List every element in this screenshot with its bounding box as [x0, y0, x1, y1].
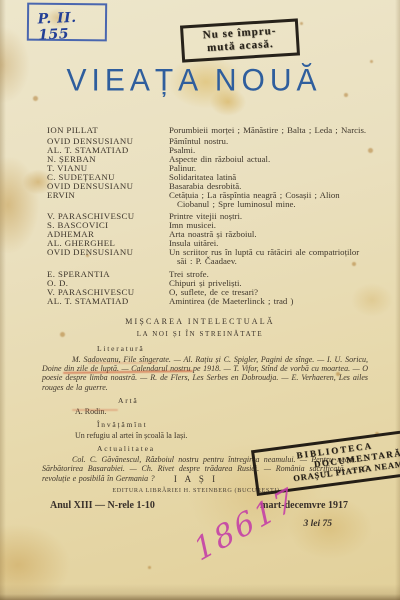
no-loan-stamp: Nu se împru- mută acasă. [180, 18, 300, 62]
paper-stain [148, 566, 151, 569]
section-heading-literatura: Literatură [97, 344, 368, 353]
section-body-invatamint: Un refugiu al artei în școală la Iași. [75, 431, 368, 440]
toc-entry: OVID DENSUSIANU Un scriitor rus în luptă… [47, 248, 367, 266]
movement-subheading: LA NOI ȘI ÎN STREINĂTATE [0, 330, 400, 338]
issue-number: Anul XIII — N-rele 1-10 [50, 500, 155, 511]
toc-author: ION PILLAT [47, 126, 169, 135]
paper-stain [368, 148, 373, 153]
toc-works: Un scriitor rus în luptă cu rătăciri ale… [169, 248, 367, 266]
toc-works: Pămîntul nostru. [169, 137, 367, 146]
toc-author: AL. T. STAMATIAD [47, 297, 169, 306]
magazine-cover-page: P. II. 155 Nu se împru- mută acasă. VIEA… [0, 0, 400, 600]
section-heading-invatamint: Învățămînt [97, 420, 368, 429]
toc-works: Aspecte din războiul actual. [169, 155, 367, 164]
call-number-stamp-box: P. II. 155 [27, 3, 107, 42]
toc-entry: N. ȘERBAN Aspecte din războiul actual. [47, 155, 367, 164]
magazine-title: VIEAȚA NOUĂ [14, 63, 374, 99]
red-pencil-mark [88, 362, 158, 364]
section-heading-arta: Artă [118, 396, 368, 405]
call-number-text: P. II. 155 [37, 9, 105, 44]
toc-entry: ION PILLAT Porumbieii morței ; Mănăstire… [47, 126, 367, 135]
paper-stain [300, 22, 303, 25]
toc-works: Amintirea (de Maeterlinck ; trad ) [169, 297, 367, 306]
toc-entry: ERVIN Cetățuia ; La răspîntia neagră ; C… [47, 191, 367, 209]
price: 3 lei 75 [304, 519, 333, 529]
movement-heading: MIȘCAREA INTELECTUALĂ [0, 317, 400, 326]
toc-entry: AL. T. STAMATIAD Amintirea (de Maeterlin… [47, 297, 367, 306]
toc-author: ERVIN [47, 191, 169, 200]
toc-author: OVID DENSUSIANU [47, 248, 169, 257]
toc-works: Porumbieii morței ; Mănăstire ; Balta ; … [169, 126, 367, 135]
toc-works: Cetățuia ; La răspîntia neagră ; Cosașii… [169, 191, 367, 209]
table-of-contents: ION PILLAT Porumbieii morței ; Mănăstire… [47, 126, 367, 306]
imprint-issue-row: Anul XIII — N-rele 1-10 mart-decemvre 19… [50, 500, 348, 511]
imprint-publisher: EDITURA LIBRĂRIEI H. STEINBERG (BUCUREȘT… [0, 487, 392, 494]
section-body-arta: A. Rodin. [75, 407, 368, 416]
red-pencil-underline [72, 409, 118, 411]
